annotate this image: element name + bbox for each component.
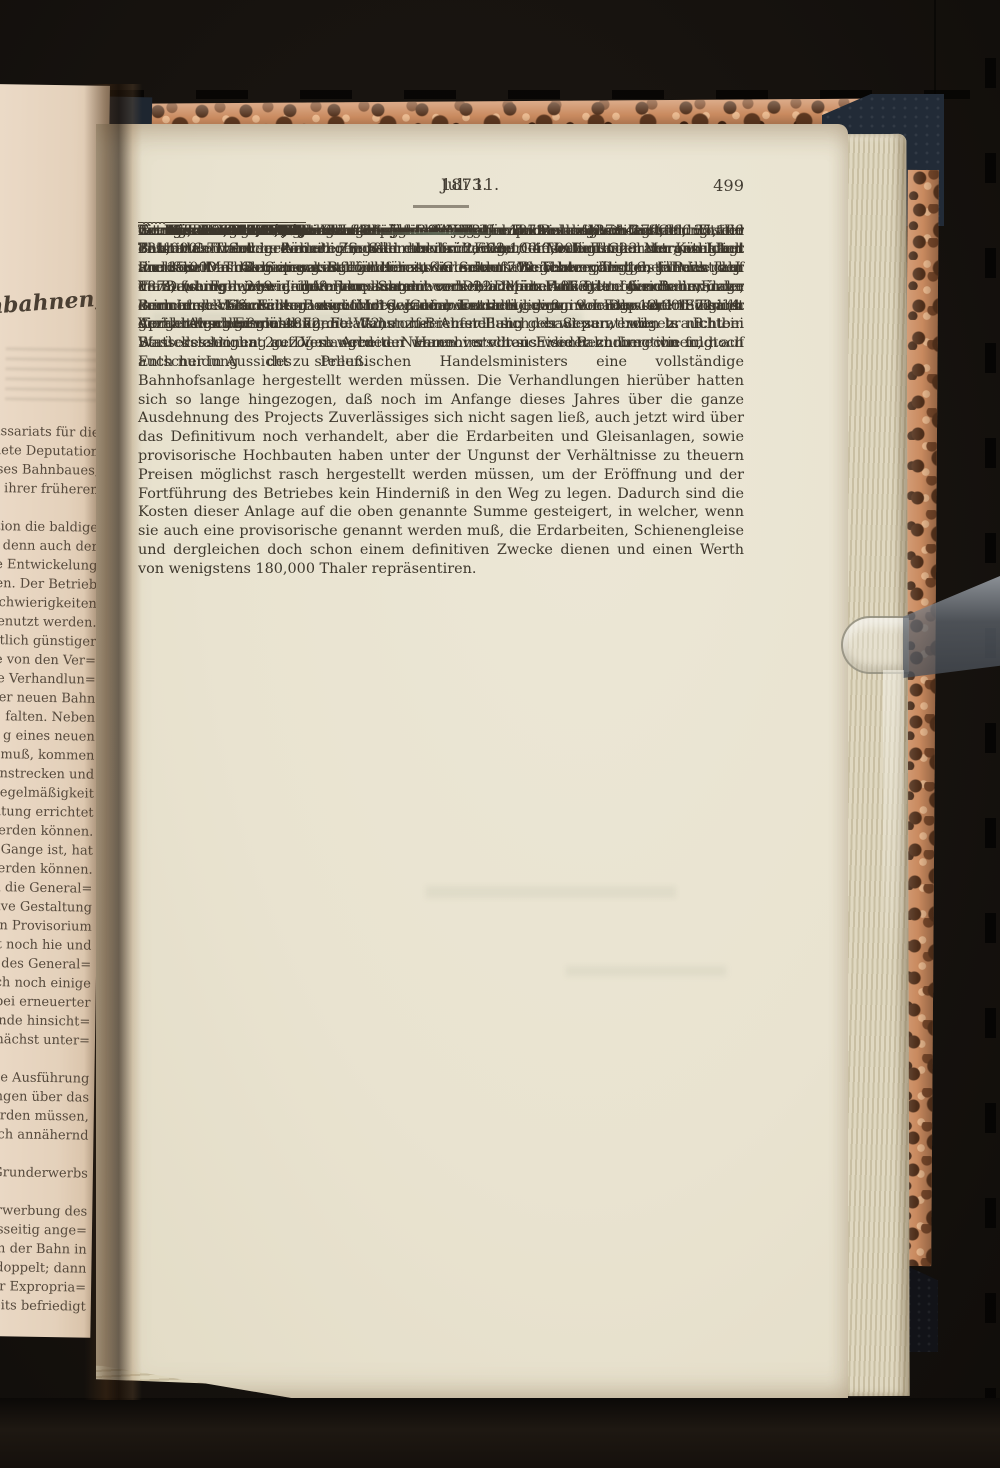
facing-page-fragment: daß sich annähernd [0,1123,89,1145]
facing-page-heading-fragment: senbahnen, [0,286,103,322]
facing-page-fragment: t werden können. [0,857,93,879]
facing-page-fragment: g verdoppelt; dann [0,1256,87,1278]
facing-page-fragment: nitive Gestaltung [0,895,92,917]
signature-mark: 137* [586,222,621,241]
plastic-bookmark-tab [841,616,909,674]
facing-page-fragment [0,1180,88,1202]
facing-page-fragment: Gange ist, hat [0,838,93,860]
facing-page-fragment: issariats für die [0,420,100,442]
facing-page-fragment: Schwierigkeiten [0,591,97,613]
facing-page-fragment: er neuen Bahn [0,686,95,708]
facing-page-fragment: s, die Ausführung [0,1066,90,1088]
facing-page-fragment: d auch noch einige [0,971,91,993]
facing-page-fragment: entlich günstiger [0,629,96,651]
facing-page-fragment: Seiten der Bahn in [0,1237,87,1259]
show-through-smudge [566,966,726,976]
facing-page-fragment: tion die baldige [0,515,98,537]
facing-page-fragment: usgenutzt werden. [0,610,97,632]
show-through-text-smudge [5,342,98,401]
facing-page-fragment: sicherheits befriedigt [0,1294,86,1316]
facing-page-sliver: senbahnen, issariats für diehnete Deputa… [0,84,110,1338]
page-number: 499 [713,177,744,196]
header-date: Juli 11. [441,176,499,195]
cradle-strap-slots-top [92,90,970,99]
cradle-strap-slots-right [985,58,996,1408]
facing-page-fragment: falten. Neben [0,705,95,727]
facing-page-fragment [0,1142,88,1164]
faint-rule [362,232,507,235]
facing-page-fragment: lt werden müssen, [0,1104,89,1126]
book-scan: senbahnen, issariats für diehnete Deputa… [0,0,1000,1468]
book-page: 1873.Juli 11. 499 werden mußten. Unter A… [96,124,848,1398]
facing-page-fragment: gierungsseitig ange= [0,1218,87,1240]
facing-page-fragment: muß, kommen [0,743,95,765]
facing-page-fragment: eses Bahnbaues, [0,458,99,480]
facing-page-fragment: hnstrecken und [0,762,94,784]
facing-page-fragment: g ihrer früheren [0,477,99,499]
facing-page-fragment: at denn auch der [0,534,98,556]
facing-page-fragment: aregelmäßigkeit [0,781,94,803]
facing-page-fragment: igungen über das [0,1085,89,1107]
facing-page-fragment: in die General= [0,876,93,898]
facing-page-fragment: ge Verhandlun= [0,667,96,689]
signature-line: 137* [138,222,744,244]
facing-page-fragment: lbst noch hie und [0,933,92,955]
facing-page-fragment: hnete Deputation [0,439,99,461]
facing-page-fragment: g eines neuen [0,724,95,746]
facing-page-fragment: ng zunächst unter= [0,1028,90,1050]
facing-page-fragment: Anstände hinsicht= [0,1009,90,1031]
facing-page-fragment [0,1047,90,1069]
running-header: 1873.Juli 11. 499 [138,176,744,204]
facing-page-fragment: oge der Expropria= [0,1275,86,1297]
book-bottom-shadow [0,1398,1000,1468]
page-content: 1873.Juli 11. 499 werden mußten. Unter A… [138,176,744,244]
facing-page-fragment: die Entwickelung [0,553,98,575]
facing-page-fragment: gen. Der Betrieb [0,572,97,594]
header-rule [413,205,469,208]
facing-page-fragment: ein Provisorium [0,914,92,936]
show-through-smudge [426,886,676,898]
facing-page-fragment: iten des General= [0,952,91,974]
facing-page-fragment: ung bei erneuerter [0,990,91,1012]
plastic-strip-vertical [883,670,904,958]
facing-page-text-fragments: issariats für diehnete Deputationeses Ba… [0,420,100,1316]
facing-page-fragment: waltung errichtet [0,800,94,822]
facing-page-fragment: des Grunderwerbs [0,1161,88,1183]
facing-page-fragment [0,496,98,518]
facing-page-fragment: e von den Ver= [0,648,96,670]
facing-page-fragment: die Erwerbung des [0,1199,87,1221]
facing-page-fragment: werden können. [0,819,93,841]
